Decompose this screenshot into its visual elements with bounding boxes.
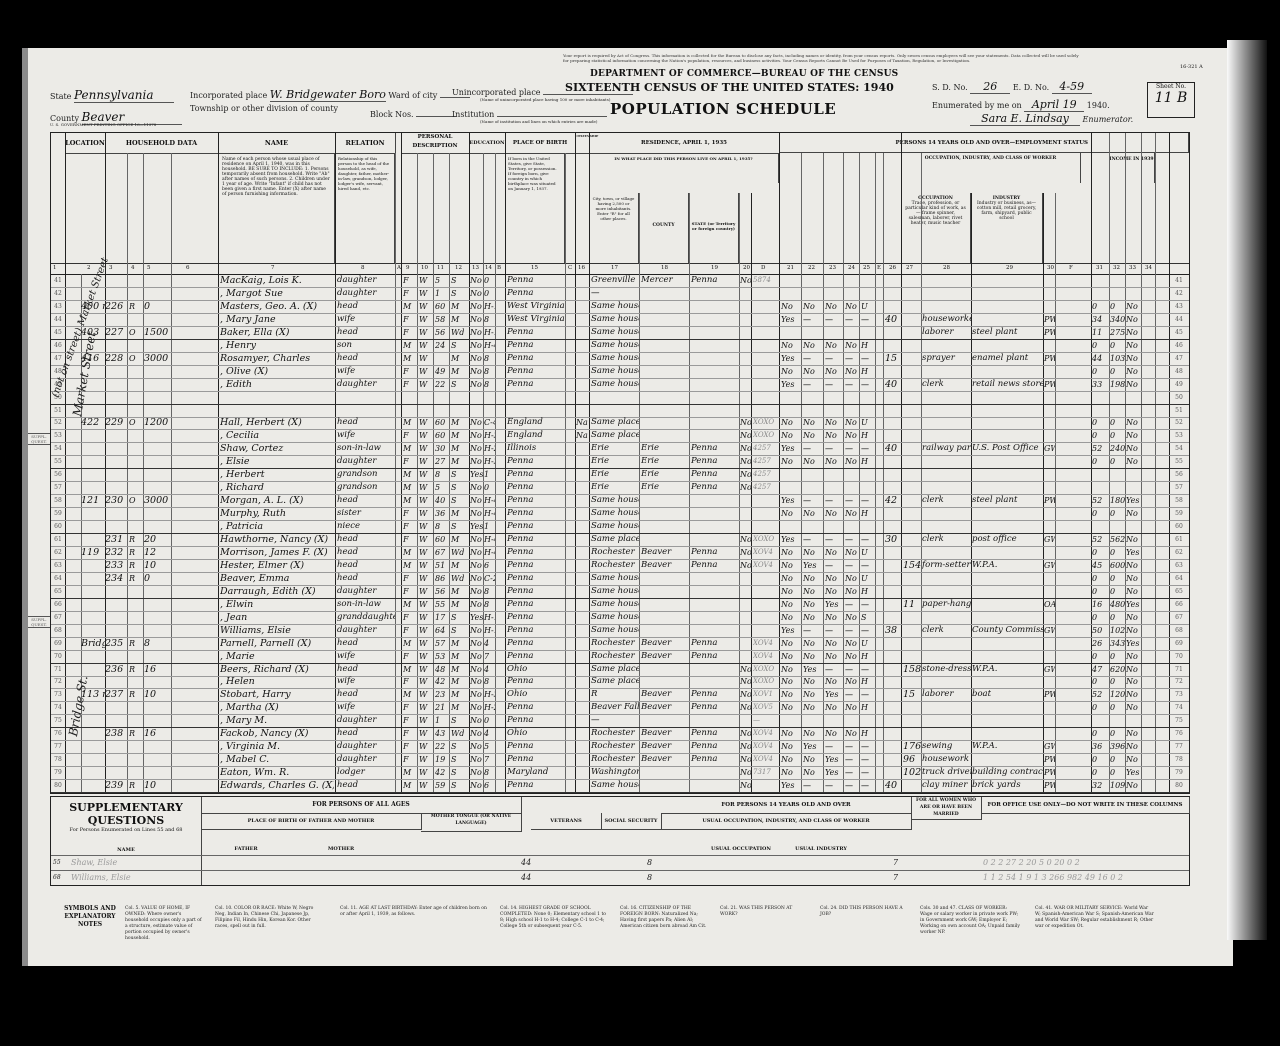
cell-wages	[1110, 481, 1125, 494]
cell-hh	[105, 378, 127, 391]
cell-sex: F	[403, 520, 417, 533]
sd-value: 26	[970, 80, 1010, 94]
cell-school: No	[470, 779, 483, 792]
cell-res-state	[691, 391, 739, 404]
supp-name: Williams, Elsie	[71, 871, 201, 884]
cell-e24: No	[845, 300, 859, 313]
department-title: DEPARTMENT OF COMMERCE—BUREAU OF THE CEN…	[590, 69, 898, 79]
cell-birthplace: England	[507, 429, 565, 442]
cell-race: W	[419, 546, 433, 559]
cell-relation: daughter	[337, 585, 395, 598]
cell-name: Fackob, Nancy (X)	[220, 727, 334, 740]
cell-wages	[1110, 274, 1125, 287]
cell-cit	[576, 378, 588, 391]
cell-res-city: Erie	[591, 481, 639, 494]
cell-occupation	[922, 714, 971, 727]
cell-birthplace: Ohio	[507, 688, 565, 701]
cell-hh: 226	[105, 300, 127, 313]
table-row: 4545403227O1500Baker, Ella (X)headFW56Wd…	[51, 326, 1189, 340]
cell-owned	[129, 429, 143, 442]
cell-house	[81, 520, 105, 533]
cell-res-city: Same house	[591, 339, 639, 352]
cell-e21	[781, 287, 801, 300]
cell-owned	[129, 520, 143, 533]
cell-marital: M	[451, 416, 469, 429]
enumerator-name: Sara E. Lindsay	[970, 112, 1080, 126]
cell-e22	[803, 274, 823, 287]
enumerated-label: Enumerated by me on	[932, 101, 1022, 110]
cell-value	[144, 455, 170, 468]
cell-class	[1044, 675, 1055, 688]
table-row: 4242, Margot SuedaughterFW1SNo0Penna—	[51, 287, 1189, 301]
cell-sex	[403, 404, 417, 417]
cell-relation: head	[337, 663, 395, 676]
cell-industry	[972, 714, 1043, 727]
cell-e24: No	[845, 585, 859, 598]
cell-hh	[105, 481, 127, 494]
line-number: 56	[51, 468, 65, 481]
cell-hours: 40	[885, 442, 901, 455]
cell-relation: head	[337, 559, 395, 572]
cell-hh	[105, 339, 127, 352]
line-number-right: 50	[1169, 391, 1189, 404]
cell-res-code: 4257	[753, 468, 779, 481]
cell-hh: 237	[105, 688, 127, 701]
cell-res-city: Rochester	[591, 740, 639, 753]
cell-sex: M	[403, 300, 417, 313]
block-value	[416, 116, 456, 117]
cell-hours	[885, 688, 901, 701]
cell-res-county	[641, 779, 689, 792]
cell-res-state	[691, 429, 739, 442]
cell-weeks-unemp	[903, 675, 921, 688]
cell-relation: daughter	[337, 287, 395, 300]
cell-house	[81, 766, 105, 779]
schedule-title: POPULATION SCHEDULE	[610, 100, 836, 118]
cell-value	[144, 468, 170, 481]
line-number-right: 75	[1169, 714, 1189, 727]
cell-res-farm: No	[740, 663, 751, 676]
cell-hh: 239	[105, 779, 127, 792]
cell-res-county	[641, 663, 689, 676]
cell-owned: R	[129, 546, 143, 559]
cell-age: 43	[435, 727, 449, 740]
cell-cit	[576, 339, 588, 352]
cell-industry	[972, 650, 1043, 663]
cell-sex: M	[403, 494, 417, 507]
cell-wages: 1800	[1110, 494, 1125, 507]
cell-e21: No	[781, 507, 801, 520]
cell-birthplace: West Virginia	[507, 300, 565, 313]
cell-res-farm: No	[740, 701, 751, 714]
cell-cit	[576, 391, 588, 404]
cell-e24: No	[845, 416, 859, 429]
occupation-examples: Trade, profession, or particular kind of…	[905, 201, 966, 226]
cell-e25: —	[861, 378, 875, 391]
line-number-right: 59	[1169, 507, 1189, 520]
supp-title: SUPPLEMENTARY QUESTIONS	[51, 801, 201, 827]
cell-e23: No	[825, 416, 843, 429]
cell-sex: F	[403, 572, 417, 585]
cell-res-state: Penna	[691, 546, 739, 559]
cell-industry	[972, 727, 1043, 740]
cell-birthplace: Penna	[507, 468, 565, 481]
supplementary-questions: SUPPLEMENTARY QUESTIONS For Persons Enum…	[50, 796, 1190, 886]
line-number: 68	[51, 624, 65, 637]
cell-marital: M	[451, 663, 469, 676]
cell-race: W	[419, 714, 433, 727]
cell-name: , Olive (X)	[220, 365, 334, 378]
cell-name: Masters, Geo. A. (X)	[220, 300, 334, 313]
cell-value	[144, 714, 170, 727]
table-row: 4848, Olive (X)wifeFW49MNo8PennaSame hou…	[51, 365, 1189, 379]
cell-other-income	[1126, 274, 1141, 287]
cell-hours: 42	[885, 494, 901, 507]
cell-birthplace: Maryland	[507, 766, 565, 779]
population-table: LOCATION HOUSEHOLD DATA NAME RELATION PE…	[50, 132, 1190, 794]
cell-e23: No	[825, 611, 843, 624]
cell-wages: 0	[1110, 611, 1125, 624]
table-row: 6868Williams, ElsiedaughterFW64SNoH-1Pen…	[51, 624, 1189, 638]
cell-value: 8	[144, 637, 170, 650]
cell-relation: lodger	[337, 766, 395, 779]
cell-weeks-unemp	[903, 624, 921, 637]
cell-e22: No	[803, 637, 823, 650]
cell-occupation: form-setter	[922, 559, 971, 572]
cell-res-code	[753, 287, 779, 300]
cell-e23: No	[825, 572, 843, 585]
ward-value	[440, 97, 470, 98]
cell-owned	[129, 404, 143, 417]
cell-e25	[861, 468, 875, 481]
cell-birthplace: Penna	[507, 637, 565, 650]
cell-hh: 230	[105, 494, 127, 507]
cell-school: No	[470, 274, 483, 287]
table-row: 4949, EdithdaughterFW22SNo8PennaSame hou…	[51, 378, 1189, 392]
cell-hours	[885, 365, 901, 378]
cell-marital: M	[451, 559, 469, 572]
cell-res-farm: No	[740, 546, 751, 559]
cell-occupation	[922, 365, 971, 378]
cell-e24: No	[845, 727, 859, 740]
cell-e25: H	[861, 727, 875, 740]
cell-race: W	[419, 416, 433, 429]
cell-cit	[576, 520, 588, 533]
cell-owned	[129, 339, 143, 352]
cell-res-farm	[740, 287, 751, 300]
cell-e22	[803, 404, 823, 417]
cell-e22	[803, 326, 823, 339]
column-number: 22	[808, 265, 815, 271]
cell-weeks-unemp	[903, 611, 921, 624]
cell-occupation	[922, 391, 971, 404]
cell-res-code	[753, 507, 779, 520]
column-number: 11	[437, 265, 444, 271]
cell-res-city: Erie	[591, 468, 639, 481]
cell-wages: 0	[1110, 365, 1125, 378]
supp-women: FOR ALL WOMEN WHO ARE OR HAVE BEEN MARRI…	[911, 797, 982, 820]
cell-cit	[576, 326, 588, 339]
cell-sex: F	[403, 326, 417, 339]
cell-res-city: Same house	[591, 598, 639, 611]
cell-e21	[781, 404, 801, 417]
line-number: 42	[51, 287, 65, 300]
cell-e21	[781, 468, 801, 481]
cell-class	[1044, 274, 1055, 287]
cell-relation: wife	[337, 701, 395, 714]
cell-e24: —	[845, 740, 859, 753]
cell-grade: 0	[484, 481, 495, 494]
cell-age: 19	[435, 753, 449, 766]
cell-birthplace	[507, 391, 565, 404]
cell-school: No	[470, 688, 483, 701]
cell-res-farm: No	[740, 779, 751, 792]
cell-e22: No	[803, 546, 823, 559]
cell-class	[1044, 365, 1055, 378]
cell-owned: R	[129, 688, 143, 701]
table-row: 6262119232R12Morrison, James F. (X)headM…	[51, 546, 1189, 560]
cell-other-income: No	[1126, 455, 1141, 468]
cell-school: No	[470, 326, 483, 339]
cell-relation: head	[337, 352, 395, 365]
cell-occupation: sprayer	[922, 352, 971, 365]
cell-name: Morgan, A. L. (X)	[220, 494, 334, 507]
cell-e25: —	[861, 533, 875, 546]
cell-res-state	[691, 598, 739, 611]
cell-e24: —	[845, 533, 859, 546]
cell-e25: —	[861, 779, 875, 792]
cell-school: No	[470, 766, 483, 779]
cell-name: , Elwin	[220, 598, 334, 611]
cell-e22: —	[803, 442, 823, 455]
cell-sex: F	[403, 378, 417, 391]
cell-res-county	[641, 404, 689, 417]
cell-class: GW	[1044, 559, 1055, 572]
cell-e22: No	[803, 650, 823, 663]
cell-wages	[1110, 468, 1125, 481]
cell-industry	[972, 753, 1043, 766]
cell-e25: U	[861, 416, 875, 429]
cell-e24	[845, 404, 859, 417]
column-number: 32	[1113, 265, 1120, 271]
cell-other-income: No	[1126, 779, 1141, 792]
cell-owned	[129, 378, 143, 391]
cell-res-city: Beaver Falls	[591, 701, 639, 714]
column-number: 33	[1129, 265, 1136, 271]
line-number-right: 54	[1169, 442, 1189, 455]
cell-occupation: stone-dresser	[922, 663, 971, 676]
cell-cit	[576, 663, 588, 676]
note-col14: Col. 14. HIGHEST GRADE OF SCHOOL COMPLET…	[500, 906, 610, 930]
cell-res-city: Greenville	[591, 274, 639, 287]
line-number: 45	[51, 326, 65, 339]
cell-grade	[484, 391, 495, 404]
cell-grade: H-1	[484, 624, 495, 637]
enumerated-year: 1940.	[1087, 101, 1110, 110]
line-number-right: 56	[1169, 468, 1189, 481]
cell-e24: No	[845, 637, 859, 650]
cell-hh	[105, 313, 127, 326]
supp-social-security: SOCIAL SECURITY	[601, 813, 662, 830]
cell-value	[144, 520, 170, 533]
cell-res-code	[753, 598, 779, 611]
cell-owned	[129, 675, 143, 688]
cell-other-income: No	[1126, 533, 1141, 546]
table-row: 7373113 rear237R10Stobart, HarryheadMW23…	[51, 688, 1189, 702]
cell-cit: Na	[576, 429, 588, 442]
cell-house	[81, 572, 105, 585]
cell-e21: No	[781, 727, 801, 740]
cell-res-city: —	[591, 287, 639, 300]
cell-e25: —	[861, 766, 875, 779]
cell-res-city: Same house	[591, 313, 639, 326]
cell-e24	[845, 391, 859, 404]
table-row: 7171236R16Beers, Richard (X)headMW48MNo4…	[51, 663, 1189, 677]
line-number-right: 61	[1169, 533, 1189, 546]
cell-relation	[337, 391, 395, 404]
relation-instructions: Relationship of this person to the head …	[335, 153, 395, 263]
cell-occupation: clay miner	[922, 779, 971, 792]
cell-wages	[1110, 404, 1125, 417]
cell-class: PW	[1044, 688, 1055, 701]
cell-occupation	[922, 650, 971, 663]
cell-value: 3000	[144, 352, 170, 365]
cell-marital: S	[451, 287, 469, 300]
cell-sex: F	[403, 727, 417, 740]
cell-e25: —	[861, 598, 875, 611]
cell-relation: head	[337, 533, 395, 546]
cell-grade: H-4	[484, 507, 495, 520]
cell-res-county	[641, 507, 689, 520]
cell-age: 53	[435, 650, 449, 663]
cell-owned	[129, 365, 143, 378]
cell-other-income: No	[1126, 313, 1141, 326]
cell-value	[144, 675, 170, 688]
cell-res-code: —	[753, 714, 779, 727]
supp-persons-14: FOR PERSONS 14 YEARS OLD AND OVER	[661, 797, 912, 814]
cell-weeks	[1092, 468, 1109, 481]
table-row: 5656, HerbertgrandsonMW8SYes1PennaErieEr…	[51, 468, 1189, 482]
cell-grade: 1	[484, 468, 495, 481]
cell-e23: —	[825, 313, 843, 326]
cell-res-county	[641, 339, 689, 352]
table-row: 4141MacKaig, Lois K.daughterFW5SNo0Penna…	[51, 274, 1189, 288]
cell-wages: 0	[1110, 546, 1125, 559]
cell-value	[144, 650, 170, 663]
cell-owned: O	[129, 416, 143, 429]
note-col24: Col. 24. DID THIS PERSON HAVE A JOB?	[820, 906, 910, 918]
cell-name: , Marie	[220, 650, 334, 663]
cell-cit	[576, 650, 588, 663]
cell-age: 60	[435, 416, 449, 429]
cell-industry	[972, 300, 1043, 313]
unincorporated-note: (Name of unincorporated place having 100…	[480, 97, 610, 102]
cell-birthplace: Penna	[507, 572, 565, 585]
cell-e21: Yes	[781, 624, 801, 637]
line-number: 53	[51, 429, 65, 442]
cell-birthplace: Penna	[507, 455, 565, 468]
cell-age: 40	[435, 494, 449, 507]
cell-weeks: 0	[1092, 416, 1109, 429]
cell-industry	[972, 637, 1043, 650]
cell-e22	[803, 714, 823, 727]
cell-e22: Yes	[803, 740, 823, 753]
cell-weeks: 52	[1092, 442, 1109, 455]
cell-sex: F	[403, 611, 417, 624]
cell-industry	[972, 546, 1043, 559]
cell-birthplace: Illinois	[507, 442, 565, 455]
cell-e23	[825, 404, 843, 417]
cell-res-city: Same house	[591, 520, 639, 533]
cell-occupation: railway parcel clerk	[922, 442, 971, 455]
column-number: 25	[863, 265, 870, 271]
table-row: 7979Eaton, Wm. R.lodgerMW42SNo8MarylandW…	[51, 766, 1189, 780]
cell-age: 55	[435, 598, 449, 611]
cell-hh	[105, 714, 127, 727]
cell-other-income: No	[1126, 365, 1141, 378]
cell-relation: head	[337, 494, 395, 507]
cell-owned: R	[129, 559, 143, 572]
cell-hh	[105, 520, 127, 533]
cell-relation: head	[337, 688, 395, 701]
cell-e21: No	[781, 365, 801, 378]
cell-hh: 227	[105, 326, 127, 339]
line-number: 44	[51, 313, 65, 326]
line-number: 43	[51, 300, 65, 313]
cell-name: Murphy, Ruth	[220, 507, 334, 520]
cell-res-code: XOV4	[753, 559, 779, 572]
cell-res-farm	[740, 494, 751, 507]
unincorporated-label: Unincorporated place	[452, 88, 541, 97]
cell-occupation	[922, 727, 971, 740]
cell-age: 51	[435, 559, 449, 572]
line-number-right: 73	[1169, 688, 1189, 701]
cell-owned	[129, 753, 143, 766]
cell-cit	[576, 740, 588, 753]
cell-race: W	[419, 727, 433, 740]
line-number: 64	[51, 572, 65, 585]
cell-e21: No	[781, 546, 801, 559]
cell-school: No	[470, 675, 483, 688]
line-number-right: 65	[1169, 585, 1189, 598]
cell-weeks: 47	[1092, 663, 1109, 676]
cell-marital: M	[451, 455, 469, 468]
cell-other-income	[1126, 404, 1141, 417]
cell-e22: —	[803, 352, 823, 365]
cell-other-income	[1126, 468, 1141, 481]
cell-name: Edwards, Charles G. (X)	[220, 779, 334, 792]
cell-weeks-unemp	[903, 520, 921, 533]
cell-res-farm	[740, 507, 751, 520]
cell-weeks	[1092, 714, 1109, 727]
cell-wages: 0	[1110, 455, 1125, 468]
cell-owned: R	[129, 663, 143, 676]
cell-res-city: Same house	[591, 624, 639, 637]
cell-e21: No	[781, 753, 801, 766]
cell-class: GW	[1044, 533, 1055, 546]
cell-e24: No	[845, 429, 859, 442]
cell-name: Beers, Richard (X)	[220, 663, 334, 676]
cell-hours	[885, 675, 901, 688]
line-number: 76	[51, 727, 65, 740]
cell-weeks: 11	[1092, 326, 1109, 339]
column-number: 16	[578, 265, 585, 271]
cell-e25: —	[861, 494, 875, 507]
cell-cit	[576, 714, 588, 727]
cell-race: W	[419, 740, 433, 753]
cell-res-county	[641, 598, 689, 611]
cell-wages	[1110, 391, 1125, 404]
